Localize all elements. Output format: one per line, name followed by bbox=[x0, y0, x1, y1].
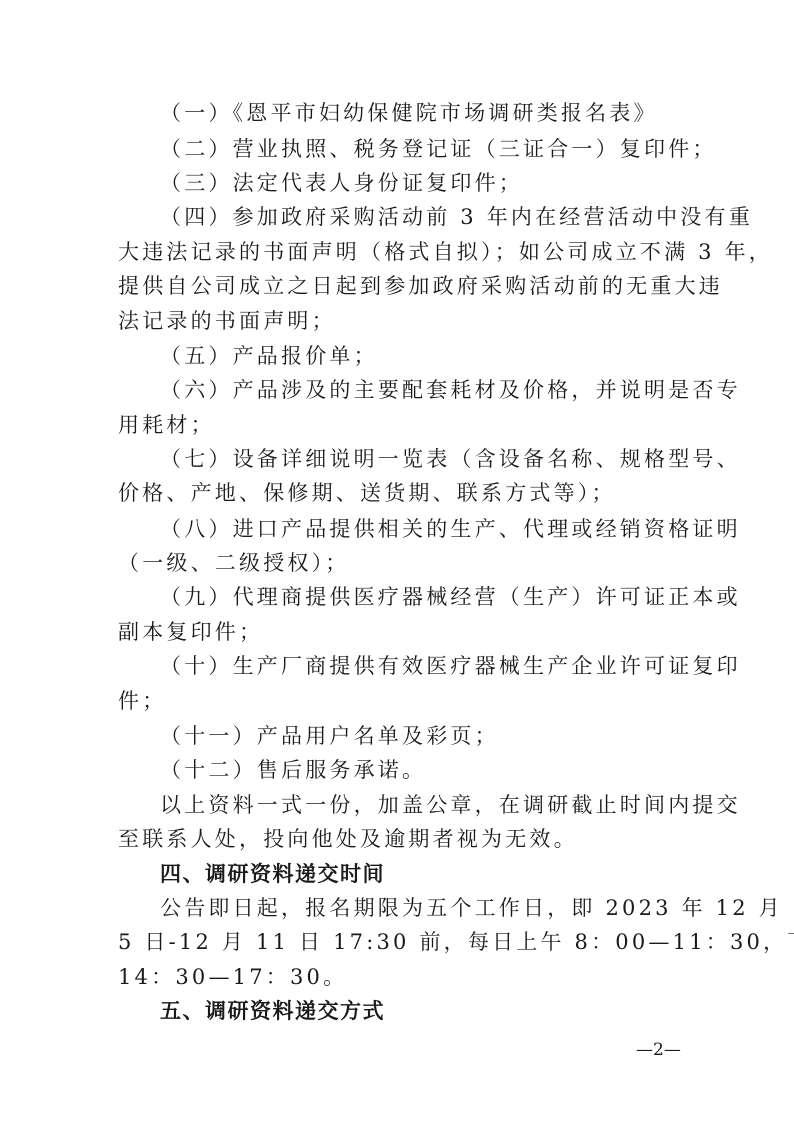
paragraph-line: 公告即日起，报名期限为五个工作日，即 2023 年 12 月 bbox=[160, 893, 783, 923]
paragraph-line: 以上资料一式一份，加盖公章，在调研截止时间内提交 bbox=[160, 790, 741, 820]
paragraph-line: （三）法定代表人身份证复印件； bbox=[160, 168, 523, 198]
paragraph-line: （一级、二级授权）； bbox=[118, 548, 350, 578]
paragraph-line: （十一）产品用户名单及彩页； bbox=[160, 721, 499, 751]
paragraph-line: （二）营业执照、税务登记证（三证合一）复印件； bbox=[160, 134, 717, 164]
paragraph-line: 至联系人处，投向他处及逾期者视为无效。 bbox=[118, 824, 578, 854]
paragraph-line: 法记录的书面声明； bbox=[118, 306, 336, 336]
paragraph-line: 14：30—17：30。 bbox=[118, 962, 347, 992]
paragraph-line: （一）《恩平市妇幼保健院市场调研类报名表》 bbox=[160, 98, 658, 128]
paragraph-line: 件； bbox=[118, 686, 166, 716]
paragraph-line: （十）生产厂商提供有效医疗器械生产企业许可证复印 bbox=[160, 651, 741, 681]
paragraph-line: 5 日-12 月 11 日 17:30 前，每日上午 8：00—11：30，下午 bbox=[118, 927, 794, 957]
paragraph-line: （五）产品报价单； bbox=[160, 341, 378, 371]
paragraph-line: （四）参加政府采购活动前 3 年内在经营活动中没有重 bbox=[160, 202, 753, 232]
paragraph-line: 提供自公司成立之日起到参加政府采购活动前的无重大违 bbox=[118, 271, 723, 301]
page-number: —2— bbox=[636, 1040, 681, 1060]
paragraph-line: 大违法记录的书面声明（格式自拟）；如公司成立不满 3 年， bbox=[118, 237, 773, 267]
paragraph-line: （六）产品涉及的主要配套耗材及价格，并说明是否专 bbox=[160, 375, 741, 405]
paragraph-line: 用耗材； bbox=[118, 410, 215, 440]
paragraph-line: 副本复印件； bbox=[118, 617, 263, 647]
paragraph-line: 价格、产地、保修期、送货期、联系方式等）； bbox=[118, 478, 616, 508]
document-page: （一）《恩平市妇幼保健院市场调研类报名表》（二）营业执照、税务登记证（三证合一）… bbox=[0, 0, 794, 1123]
paragraph-line: （八）进口产品提供相关的生产、代理或经销资格证明 bbox=[160, 514, 741, 544]
paragraph-line: （九）代理商提供医疗器械经营（生产）许可证正本或 bbox=[160, 582, 741, 612]
paragraph-line: （十二）售后服务承诺。 bbox=[160, 755, 426, 785]
section-heading: 四、调研资料递交时间 bbox=[160, 859, 385, 889]
paragraph-line: （七）设备详细说明一览表（含设备名称、规格型号、 bbox=[160, 444, 741, 474]
section-heading: 五、调研资料递交方式 bbox=[160, 996, 385, 1026]
